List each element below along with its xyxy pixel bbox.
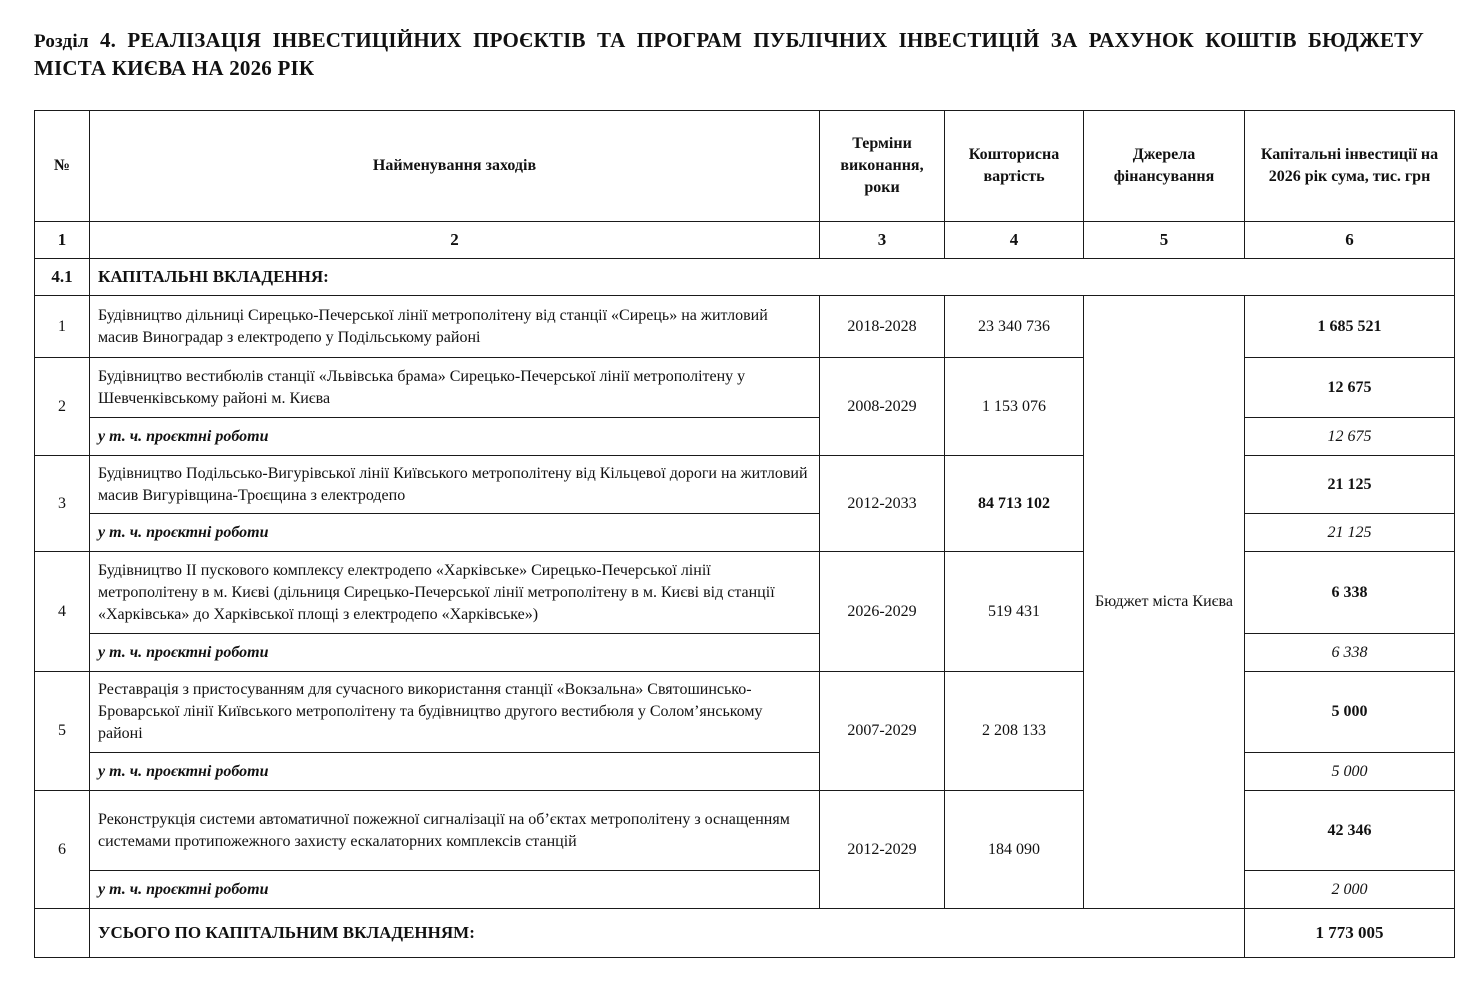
row-terms: 2008-2029 [820,358,945,456]
title-text: 4. РЕАЛІЗАЦІЯ ІНВЕСТИЦІЙНИХ ПРОЄКТІВ ТА … [34,28,1424,80]
row-name: Будівництво Подільсько-Вигурівської ліні… [90,456,820,514]
row-cost: 23 340 736 [945,296,1084,358]
document-title: Розділ 4. РЕАЛІЗАЦІЯ ІНВЕСТИЦІЙНИХ ПРОЄК… [34,27,1424,82]
row-investment: 1 685 521 [1245,296,1455,358]
total-row: УСЬОГО ПО КАПІТАЛЬНИМ ВКЛАДЕННЯМ:1 773 0… [35,909,1455,958]
header-terms: Терміни виконання, роки [820,111,945,222]
row-cost: 2 208 133 [945,672,1084,791]
row-cost: 1 153 076 [945,358,1084,456]
design-works-value: 2 000 [1245,871,1455,909]
row-investment: 42 346 [1245,791,1455,871]
design-works-label: у т. ч. проєктні роботи [90,634,820,672]
section-row: 4.1 КАПІТАЛЬНІ ВКЛАДЕННЯ: [35,259,1455,296]
row-num: 3 [35,456,90,552]
funding-source: Бюджет міста Києва [1084,296,1245,909]
design-works-label: у т. ч. проєктні роботи [90,514,820,552]
row-name: Реконструкція системи автоматичної пожеж… [90,791,820,871]
row-investment: 21 125 [1245,456,1455,514]
total-num [35,909,90,958]
header-row: № Найменування заходів Терміни виконання… [35,111,1455,222]
header-source: Джерела фінансування [1084,111,1245,222]
section-num: 4.1 [35,259,90,296]
column-number: 1 [35,222,90,259]
column-number: 6 [1245,222,1455,259]
section-label: КАПІТАЛЬНІ ВКЛАДЕННЯ: [90,259,1455,296]
column-number: 5 [1084,222,1245,259]
row-investment: 6 338 [1245,552,1455,634]
design-works-label: у т. ч. проєктні роботи [90,418,820,456]
row-terms: 2012-2033 [820,456,945,552]
row-terms: 2018-2028 [820,296,945,358]
row-cost: 519 431 [945,552,1084,672]
column-number: 2 [90,222,820,259]
row-name: Будівництво II пускового комплексу елект… [90,552,820,634]
design-works-label: у т. ч. проєктні роботи [90,871,820,909]
row-terms: 2012-2029 [820,791,945,909]
row-num: 2 [35,358,90,456]
row-num: 5 [35,672,90,791]
row-num: 1 [35,296,90,358]
design-works-value: 21 125 [1245,514,1455,552]
column-number: 4 [945,222,1084,259]
header-investments: Капітальні інвестиції на 2026 рік сума, … [1245,111,1455,222]
total-label: УСЬОГО ПО КАПІТАЛЬНИМ ВКЛАДЕННЯМ: [90,909,1245,958]
row-terms: 2007-2029 [820,672,945,791]
row-num: 6 [35,791,90,909]
column-numbers-row: 1 2 3 4 5 6 [35,222,1455,259]
header-cost: Кошторисна вартість [945,111,1084,222]
row-name: Будівництво дільниці Сирецько-Печерської… [90,296,820,358]
row-name: Будівництво вестибюлів станції «Львівськ… [90,358,820,418]
row-num: 4 [35,552,90,672]
row-investment: 12 675 [1245,358,1455,418]
title-lead: Розділ [34,31,89,52]
design-works-value: 6 338 [1245,634,1455,672]
row-investment: 5 000 [1245,672,1455,753]
header-num: № [35,111,90,222]
header-name: Найменування заходів [90,111,820,222]
table-row: 1Будівництво дільниці Сирецько-Печерсько… [35,296,1455,358]
row-cost: 184 090 [945,791,1084,909]
investment-table: № Найменування заходів Терміни виконання… [34,110,1455,958]
row-terms: 2026-2029 [820,552,945,672]
design-works-value: 12 675 [1245,418,1455,456]
column-number: 3 [820,222,945,259]
row-name: Реставрація з пристосуванням для сучасно… [90,672,820,753]
design-works-label: у т. ч. проєктні роботи [90,753,820,791]
design-works-value: 5 000 [1245,753,1455,791]
row-cost: 84 713 102 [945,456,1084,552]
total-value: 1 773 005 [1245,909,1455,958]
